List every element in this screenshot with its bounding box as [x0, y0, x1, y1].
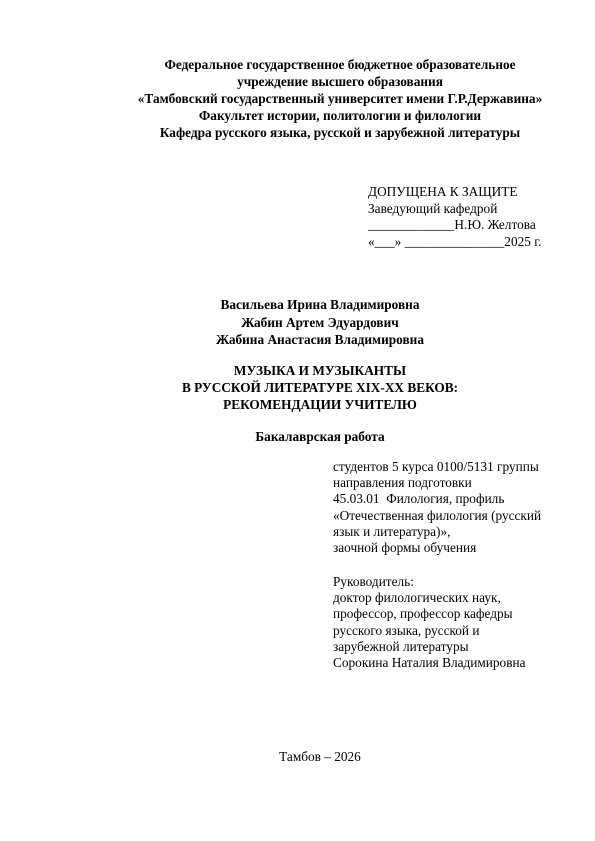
supervisor-block: Руководитель: доктор филологических наук…: [333, 574, 526, 671]
document-page: Федеральное государственное бюджетное об…: [0, 0, 595, 841]
student-info-block: студентов 5 курса 0100/5131 группы напра…: [333, 459, 541, 556]
author-name: Жабина Анастасия Владимировна: [0, 331, 595, 349]
header-line: Федеральное государственное бюджетное об…: [0, 56, 595, 73]
author-name: Жабин Артем Эдуардович: [0, 314, 595, 332]
supervisor-line: Сорокина Наталия Владимировна: [333, 655, 526, 671]
header-line: Факультет истории, политологии и филолог…: [0, 107, 595, 124]
supervisor-line: русского языка, русской и: [333, 623, 526, 639]
work-type: Бакалаврская работа: [0, 428, 595, 445]
approval-line: ДОПУЩЕНА К ЗАЩИТЕ: [368, 184, 542, 201]
student-info-line: «Отечественная филология (русский: [333, 508, 541, 524]
student-info-line: направления подготовки: [333, 475, 541, 491]
approval-block: ДОПУЩЕНА К ЗАЩИТЕ Заведующий кафедрой __…: [368, 184, 542, 250]
title-line: РЕКОМЕНДАЦИИ УЧИТЕЛЮ: [0, 396, 595, 413]
header-line: учреждение высшего образования: [0, 73, 595, 90]
approval-line: Заведующий кафедрой: [368, 201, 542, 218]
header-line: Кафедра русского языка, русской и зарубе…: [0, 124, 595, 141]
author-name: Васильева Ирина Владимировна: [0, 296, 595, 314]
approval-line: _____________Н.Ю. Желтова: [368, 217, 542, 234]
approval-line: «___» _______________2025 г.: [368, 234, 542, 251]
title-line: В РУССКОЙ ЛИТЕРАТУРЕ XIX-XX ВЕКОВ:: [0, 379, 595, 396]
supervisor-line: доктор филологических наук,: [333, 590, 526, 606]
authors-block: Васильева Ирина Владимировна Жабин Артем…: [0, 296, 595, 349]
supervisor-line: Руководитель:: [333, 574, 526, 590]
title-line: МУЗЫКА И МУЗЫКАНТЫ: [0, 362, 595, 379]
header-line: «Тамбовский государственный университет …: [0, 90, 595, 107]
thesis-title: МУЗЫКА И МУЗЫКАНТЫ В РУССКОЙ ЛИТЕРАТУРЕ …: [0, 362, 595, 413]
student-info-line: 45.03.01 Филология, профиль: [333, 491, 541, 507]
student-info-line: заочной формы обучения: [333, 540, 541, 556]
city-year-footer: Тамбов – 2026: [0, 748, 595, 765]
student-info-line: студентов 5 курса 0100/5131 группы: [333, 459, 541, 475]
supervisor-line: зарубежной литературы: [333, 639, 526, 655]
supervisor-line: профессор, профессор кафедры: [333, 606, 526, 622]
student-info-line: язык и литература)»,: [333, 524, 541, 540]
institution-header: Федеральное государственное бюджетное об…: [0, 56, 595, 141]
